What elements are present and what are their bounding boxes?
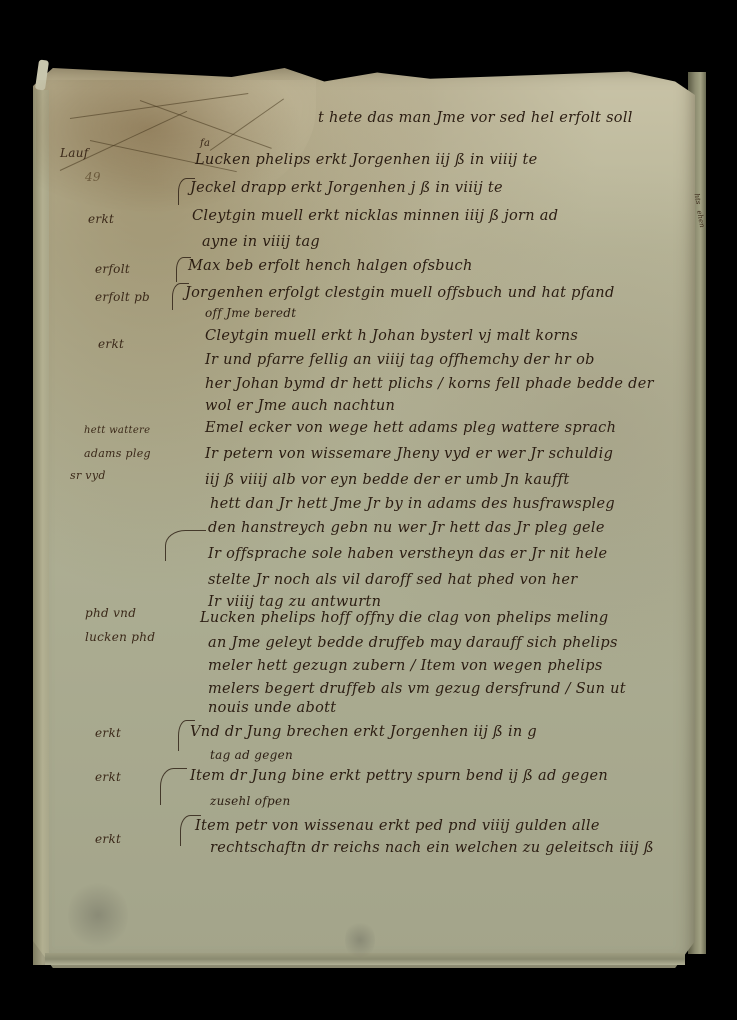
text-small-top: fa	[200, 138, 210, 149]
initial-flourish	[165, 530, 206, 561]
initial-flourish	[180, 815, 201, 846]
margin-corner-number: 49	[85, 170, 101, 184]
text-line: Ir offsprache sole haben verstheyn das e…	[208, 546, 607, 562]
text-line: Jeckel drapp erkt Jorgenhen j ß in viiij…	[190, 180, 503, 196]
text-line: Lucken phelips hoff offny die clag von p…	[200, 610, 608, 626]
margin-note: erkt	[95, 726, 121, 740]
text-line: rechtschaftn dr reichs nach ein welchen …	[210, 840, 654, 856]
text-line: ayne in viiij tag	[202, 234, 320, 250]
text-line: Ir petern von wissemare Jheny vyd er wer…	[205, 446, 613, 462]
adjacent-page-text: hts	[693, 193, 703, 205]
text-line: Item petr von wissenau erkt ped pnd viii…	[195, 818, 600, 834]
text-line: Vnd dr Jung brechen erkt Jorgenhen iij ß…	[190, 724, 537, 740]
text-line: zusehl ofpen	[210, 794, 290, 808]
margin-note: erkt	[98, 337, 124, 351]
text-line: den hanstreych gebn nu wer Jr hett das J…	[208, 520, 605, 536]
text-line: Item dr Jung bine erkt pettry spurn bend…	[190, 768, 608, 784]
text-line: an Jme geleyt bedde druffeb may darauff …	[208, 635, 618, 651]
text-line: Emel ecker von wege hett adams pleg watt…	[205, 420, 616, 436]
text-line: iij ß viiij alb vor eyn bedde der er umb…	[205, 472, 569, 488]
text-line: her Johan bymd dr hett plichs / korns fe…	[205, 376, 654, 392]
page-left-edge	[33, 90, 49, 965]
text-line: Lucken phelips erkt Jorgenhen iij ß in v…	[195, 152, 537, 168]
ink-smudge	[345, 920, 375, 960]
initial-flourish	[172, 283, 189, 310]
text-line: off Jme beredt	[205, 306, 296, 320]
margin-note: erkt	[88, 212, 114, 226]
text-line: Cleytgin muell erkt h Johan bysterl vj m…	[205, 328, 578, 344]
margin-note: lucken phd	[85, 630, 155, 644]
initial-flourish	[178, 178, 195, 205]
margin-note: adams pleg	[84, 447, 151, 460]
margin-corner-note: Lauf	[60, 146, 89, 160]
text-line: hett dan Jr hett Jme Jr by in adams des …	[210, 496, 615, 512]
text-line: Ir viiij tag zu antwurtn	[208, 594, 381, 610]
margin-note: erfolt pb	[95, 290, 150, 304]
text-line: Cleytgin muell erkt nicklas minnen iiij …	[192, 208, 558, 224]
margin-note: erkt	[95, 832, 121, 846]
text-line: tag ad gegen	[210, 748, 293, 762]
initial-flourish	[178, 720, 195, 751]
margin-note: erkt	[95, 770, 121, 784]
margin-note: hett wattere	[84, 425, 150, 436]
text-line: Max beb erfolt hench halgen ofsbuch	[188, 258, 473, 274]
text-line: wol er Jme auch nachtun	[205, 398, 395, 414]
text-line-top: t hete das man Jme vor sed hel erfolt so…	[318, 110, 633, 126]
margin-note: erfolt	[95, 262, 130, 276]
initial-flourish	[176, 257, 191, 282]
margin-note: phd vnd	[85, 606, 136, 620]
ink-smudge	[68, 880, 128, 950]
text-line: Jorgenhen erfolgt clestgin muell offsbuc…	[185, 285, 615, 301]
text-line: stelte Jr noch als vil daroff sed hat ph…	[208, 572, 577, 588]
text-line: nouis unde abott	[208, 700, 336, 716]
text-line: Ir und pfarre fellig an viiij tag offhem…	[205, 352, 595, 368]
text-line: meler hett gezugn zubern / Item von wege…	[208, 658, 603, 674]
text-line: melers begert druffeb als vm gezug dersf…	[208, 681, 626, 697]
initial-flourish	[160, 768, 187, 805]
margin-note: sr vyd	[70, 469, 106, 482]
